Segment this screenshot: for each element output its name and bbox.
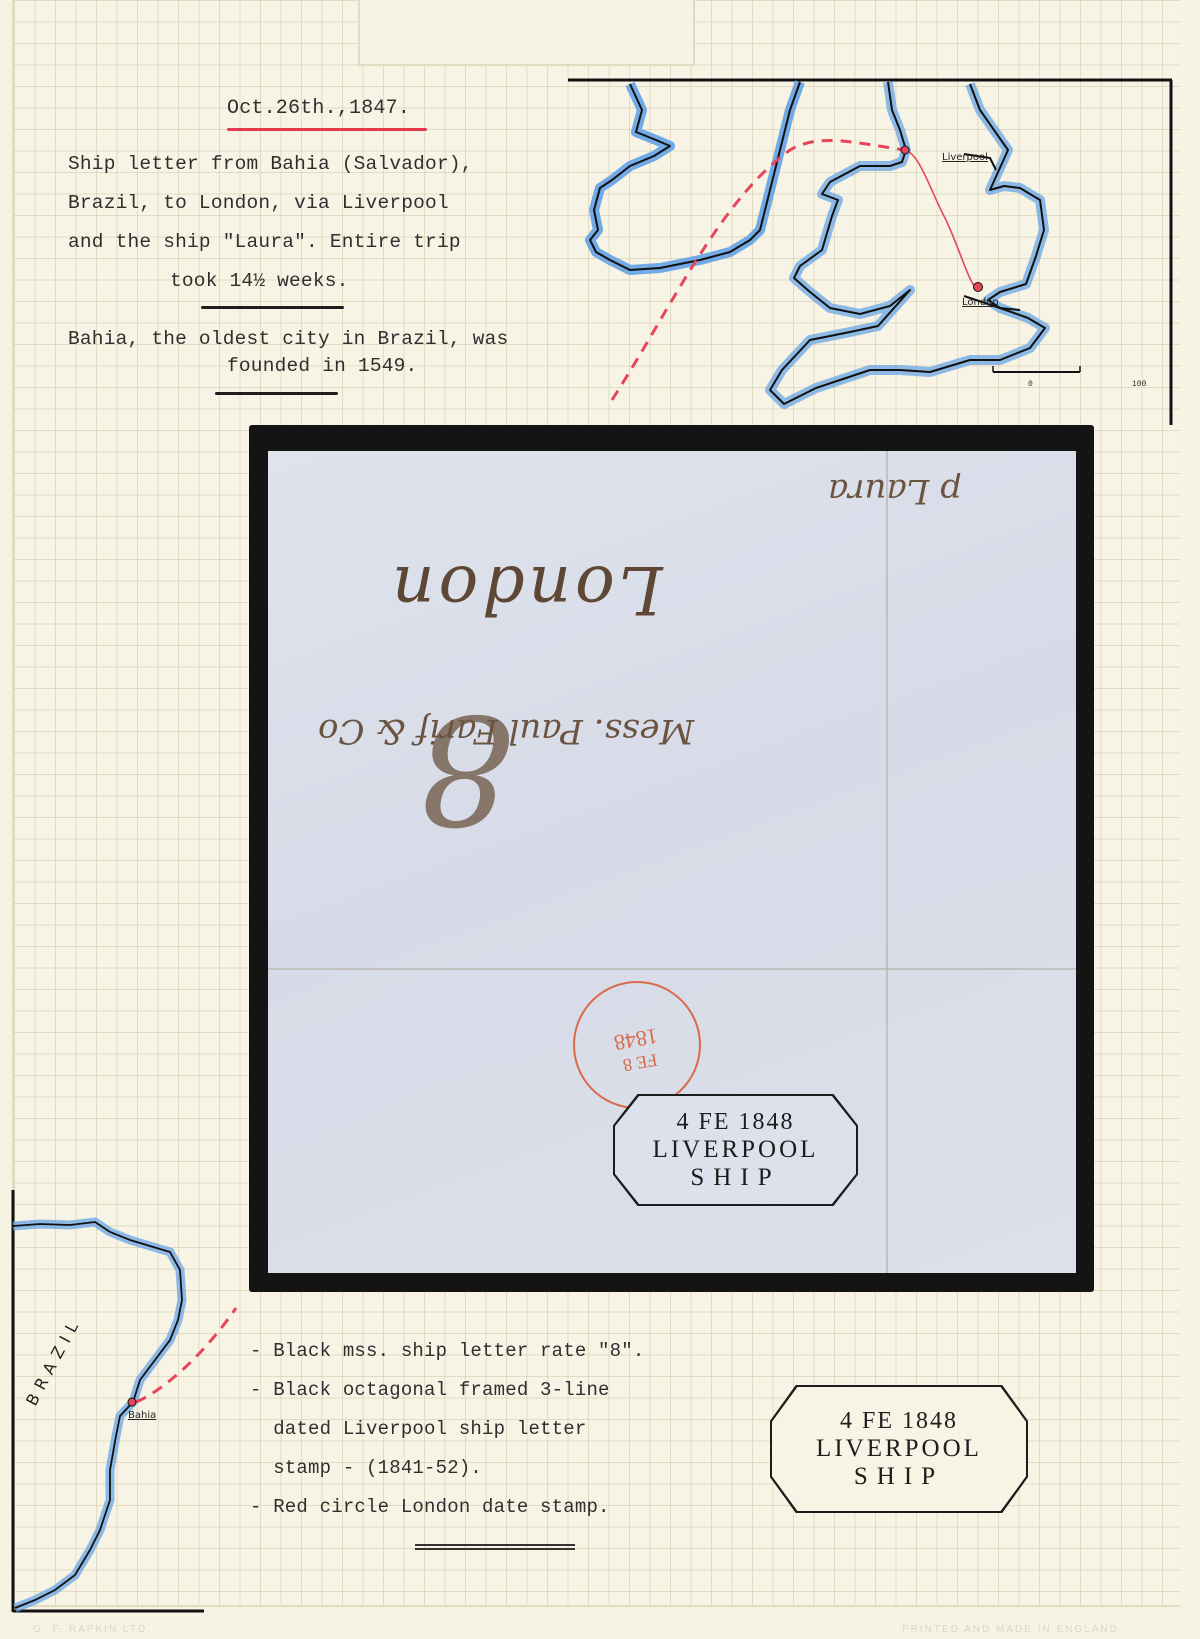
handwritten-city: London <box>388 551 663 628</box>
handwritten-ship-name: p Laura <box>828 471 962 511</box>
uk-map <box>560 70 1180 430</box>
bahia-label: Bahia <box>128 1410 156 1421</box>
footer-publisher: G. F. RAPKIN LTD. <box>33 1624 152 1635</box>
blank-title-box <box>358 0 695 66</box>
red-underline <box>227 128 427 131</box>
liverpool-label: Liverpool <box>942 152 988 163</box>
underline-history <box>215 392 338 395</box>
underline-trip <box>201 306 344 309</box>
liverpool-ship-stamp-illustration: 4 FE 1848 LIVERPOOL SHIP <box>770 1385 1028 1513</box>
intro-line-2: Brazil, to London, via Liverpool <box>68 194 449 214</box>
note-item: - Red circle London date stamp. <box>250 1496 644 1535</box>
note-item: - Black mss. ship letter rate "8". <box>250 1340 644 1379</box>
history-line-1: Bahia, the oldest city in Brazil, was <box>68 330 508 350</box>
handwritten-rate: 8 <box>418 681 513 855</box>
note-item: dated Liverpool ship letter <box>250 1418 644 1457</box>
note-item: - Black octagonal framed 3-line <box>250 1379 644 1418</box>
history-line-2: founded in 1549. <box>227 357 417 377</box>
double-rule-divider <box>415 1544 575 1550</box>
handwritten-address: Mess. Paul Farif & Co <box>318 711 694 751</box>
scale-start: 0 <box>1028 380 1033 389</box>
notes-list: - Black mss. ship letter rate "8". - Bla… <box>250 1340 644 1535</box>
postal-cover: p Laura London 8 Mess. Paul Farif & Co F… <box>268 451 1076 1273</box>
fold-line-vertical <box>886 451 888 1273</box>
fold-line-horizontal <box>268 968 1076 970</box>
note-item: stamp - (1841-52). <box>250 1457 644 1496</box>
intro-line-1: Ship letter from Bahia (Salvador), <box>68 155 473 175</box>
intro-line-3: and the ship "Laura". Entire trip <box>68 233 461 253</box>
london-label: London <box>962 297 999 308</box>
footer-origin: PRINTED AND MADE IN ENGLAND <box>902 1624 1119 1635</box>
page-date-heading: Oct.26th.,1847. <box>227 97 410 120</box>
liverpool-ship-stamp-cover: 4 FE 1848 LIVERPOOL SHIP <box>613 1094 858 1206</box>
intro-line-4: took 14½ weeks. <box>170 272 349 292</box>
scale-end: 100 <box>1132 380 1146 389</box>
